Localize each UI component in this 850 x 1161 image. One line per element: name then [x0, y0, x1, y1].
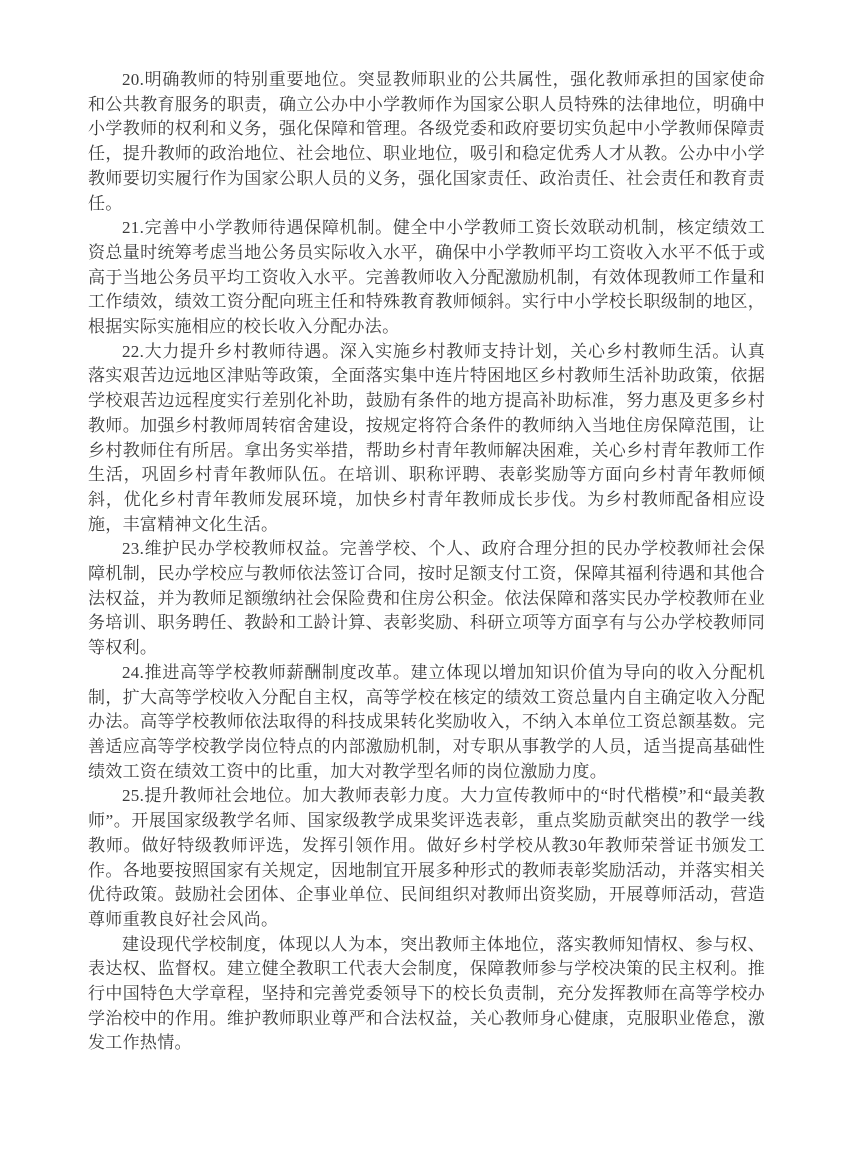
document-page: 20.明确教师的特别重要地位。突显教师职业的公共属性，强化教师承担的国家使命和公… — [0, 0, 850, 1161]
paragraph-22: 22.大力提升乡村教师待遇。深入实施乡村教师支持计划，关心乡村教师生活。认真落实… — [88, 340, 765, 538]
paragraph-closing: 建设现代学校制度，体现以人为本，突出教师主体地位，落实教师知情权、参与权、表达权… — [88, 933, 765, 1057]
paragraph-21: 21.完善中小学教师待遇保障机制。健全中小学教师工资长效联动机制，核定绩效工资总… — [88, 216, 765, 340]
document-body: 20.明确教师的特别重要地位。突显教师职业的公共属性，强化教师承担的国家使命和公… — [88, 68, 765, 1056]
paragraph-20: 20.明确教师的特别重要地位。突显教师职业的公共属性，强化教师承担的国家使命和公… — [88, 68, 765, 216]
paragraph-24: 24.推进高等学校教师薪酬制度改革。建立体现以增加知识价值为导向的收入分配机制，… — [88, 661, 765, 785]
paragraph-23: 23.维护民办学校教师权益。完善学校、个人、政府合理分担的民办学校教师社会保障机… — [88, 537, 765, 661]
paragraph-25: 25.提升教师社会地位。加大教师表彰力度。大力宣传教师中的“时代楷模”和“最美教… — [88, 784, 765, 932]
